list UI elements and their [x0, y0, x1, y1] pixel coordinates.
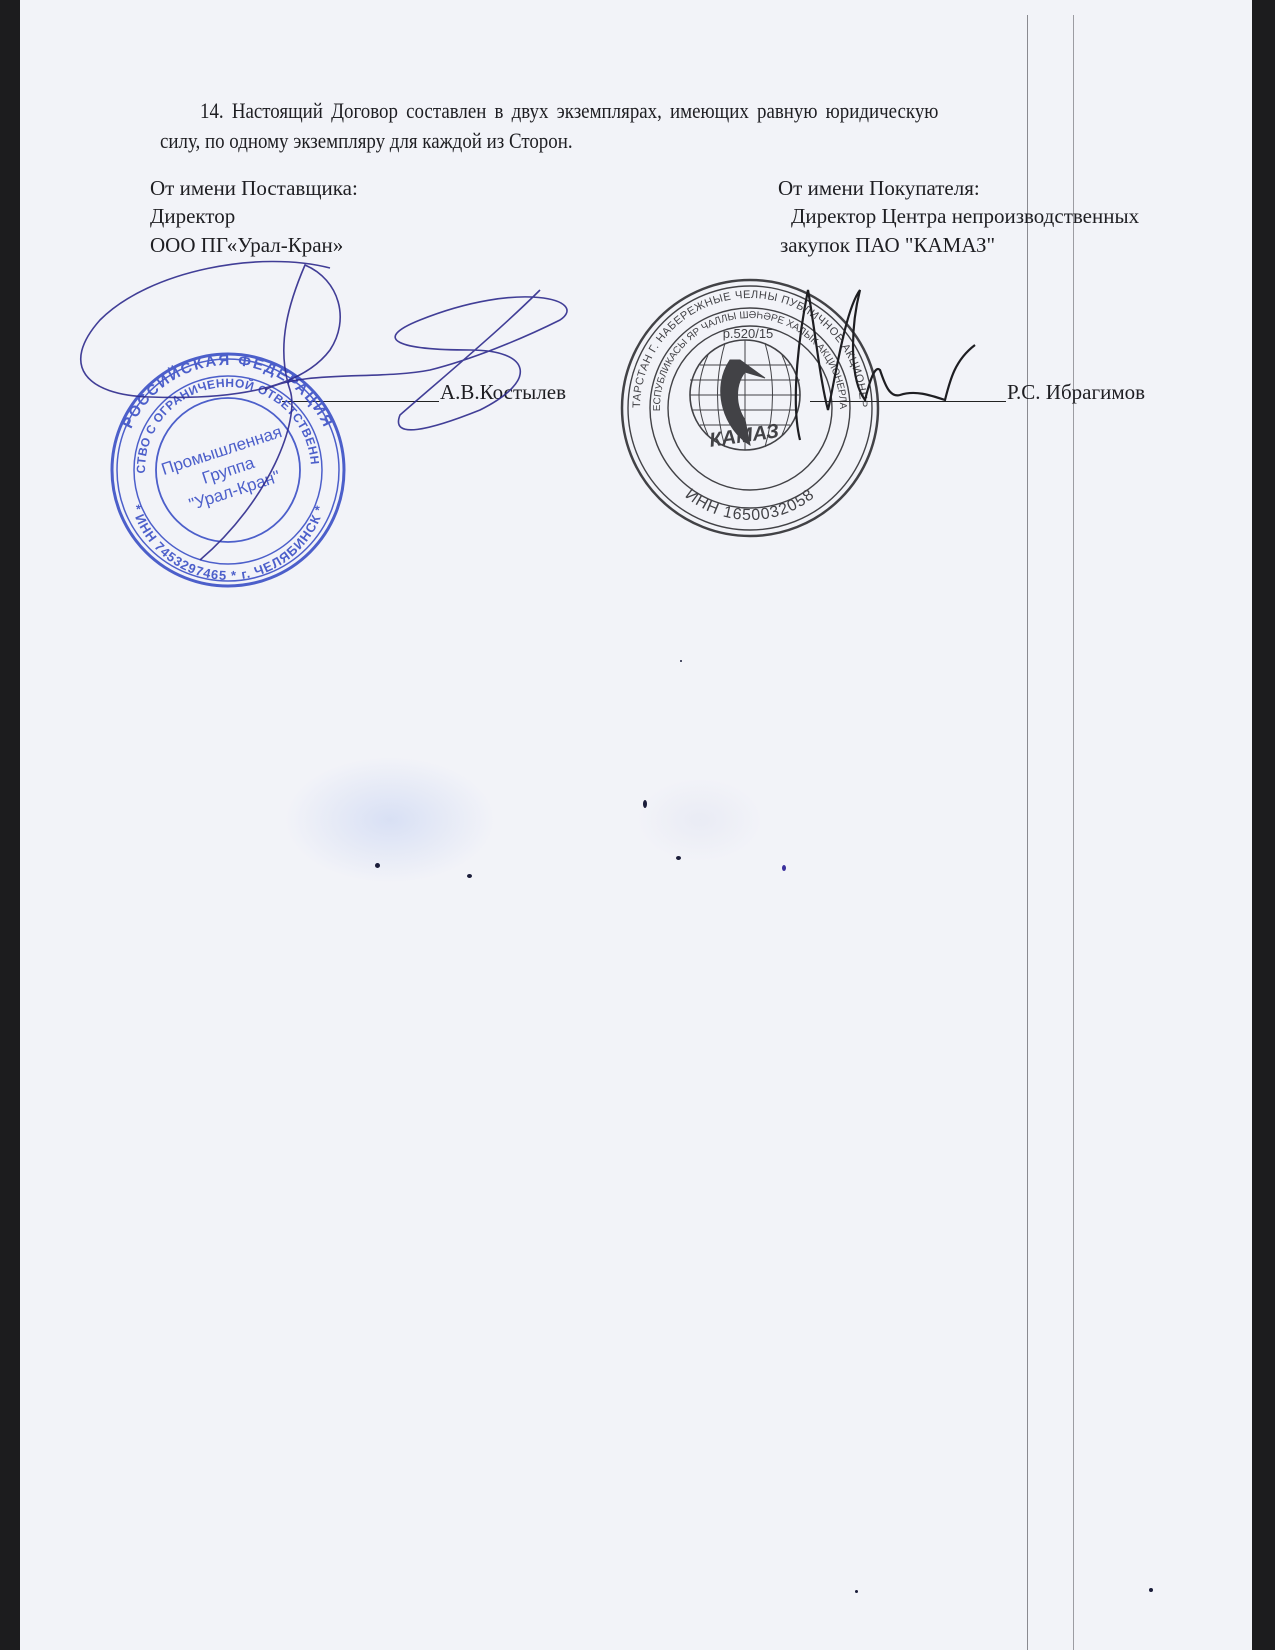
svg-text:р.520/15: р.520/15: [723, 326, 774, 341]
scan-speck: [643, 800, 647, 808]
scan-speck: [467, 874, 472, 878]
supplier-stamp: РОССИЙСКАЯ ФЕДЕРАЦИЯ ОБЩЕСТВО С ОГРАНИЧЕ…: [20, 0, 344, 586]
scan-speck: [782, 865, 786, 871]
svg-text:ОБЩЕСТВО С ОГРАНИЧЕННОЙ ОТВЕТС: ОБЩЕСТВО С ОГРАНИЧЕННОЙ ОТВЕТСТВЕННОСТЬЮ: [20, 0, 322, 474]
svg-text:* ИНН 7453297465 * г. ЧЕЛЯБИНС: * ИНН 7453297465 * г. ЧЕЛЯБИНСК *: [129, 503, 328, 583]
scan-speck: [855, 1590, 858, 1593]
buyer-signature: [796, 290, 975, 440]
svg-text:ИНН 1650032058: ИНН 1650032058: [682, 486, 818, 524]
stamps-signatures-layer: РОССИЙСКАЯ ФЕДЕРАЦИЯ ОБЩЕСТВО С ОГРАНИЧЕ…: [20, 0, 1252, 1650]
scan-speck: [680, 660, 682, 662]
scan-speck: [375, 863, 380, 868]
svg-text:РЕСПУБЛИКА ТАТАРСТАН Г. НАБЕРЕ: РЕСПУБЛИКА ТАТАРСТАН Г. НАБЕРЕЖНЫЕ ЧЕЛНЫ…: [20, 0, 869, 408]
scan-speck: [676, 856, 681, 860]
svg-text:РОССИЙСКАЯ ФЕДЕРАЦИЯ: РОССИЙСКАЯ ФЕДЕРАЦИЯ: [119, 352, 336, 431]
scan-speck: [1149, 1588, 1153, 1592]
document-page: 14. Настоящий Договор составлен в двух э…: [20, 0, 1252, 1650]
